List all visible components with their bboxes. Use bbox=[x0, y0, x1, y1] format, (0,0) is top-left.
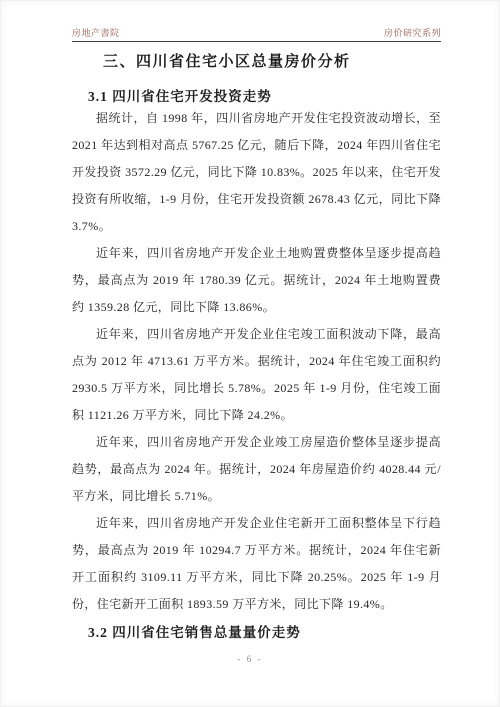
document-page: 房地产書院 房价研究系列 三、四川省住宅小区总量房价分析 3.1 四川省住宅开发… bbox=[0, 0, 500, 707]
section-3-1-heading: 3.1 四川省住宅开发投资走势 bbox=[88, 85, 272, 105]
paragraph-land-purchase-cost: 近年来，四川省房地产开发企业土地购置费整体呈逐步提高趋势，最高点为 2019 年… bbox=[72, 240, 441, 321]
header-left-label: 房地产書院 bbox=[72, 26, 120, 39]
header-divider bbox=[72, 41, 441, 42]
page-footer: - 6 - bbox=[0, 654, 500, 664]
section-3-2-heading: 3.2 四川省住宅销售总量量价走势 bbox=[88, 621, 301, 641]
paragraph-construction-cost: 近年来，四川省房地产开发企业竣工房屋造价整体呈逐步提高趋势，最高点为 2024 … bbox=[72, 429, 441, 510]
page-header: 房地产書院 房价研究系列 bbox=[72, 26, 441, 39]
header-right-label: 房价研究系列 bbox=[384, 26, 441, 39]
page-number: - 6 - bbox=[238, 654, 263, 664]
chapter-title: 三、四川省住宅小区总量房价分析 bbox=[103, 50, 351, 71]
paragraph-completed-floor-area: 近年来，四川省房地产开发企业住宅竣工面积波动下降，最高点为 2012 年 471… bbox=[72, 321, 441, 429]
paragraph-new-construction-area: 近年来，四川省房地产开发企业住宅新开工面积整体呈下行趋势，最高点为 2019 年… bbox=[72, 510, 441, 618]
paragraph-investment-trend: 据统计，自 1998 年，四川省房地产开发住宅投资波动增长，至 2021 年达到… bbox=[72, 105, 441, 240]
section-3-1-body: 据统计，自 1998 年，四川省房地产开发住宅投资波动增长，至 2021 年达到… bbox=[72, 105, 441, 618]
